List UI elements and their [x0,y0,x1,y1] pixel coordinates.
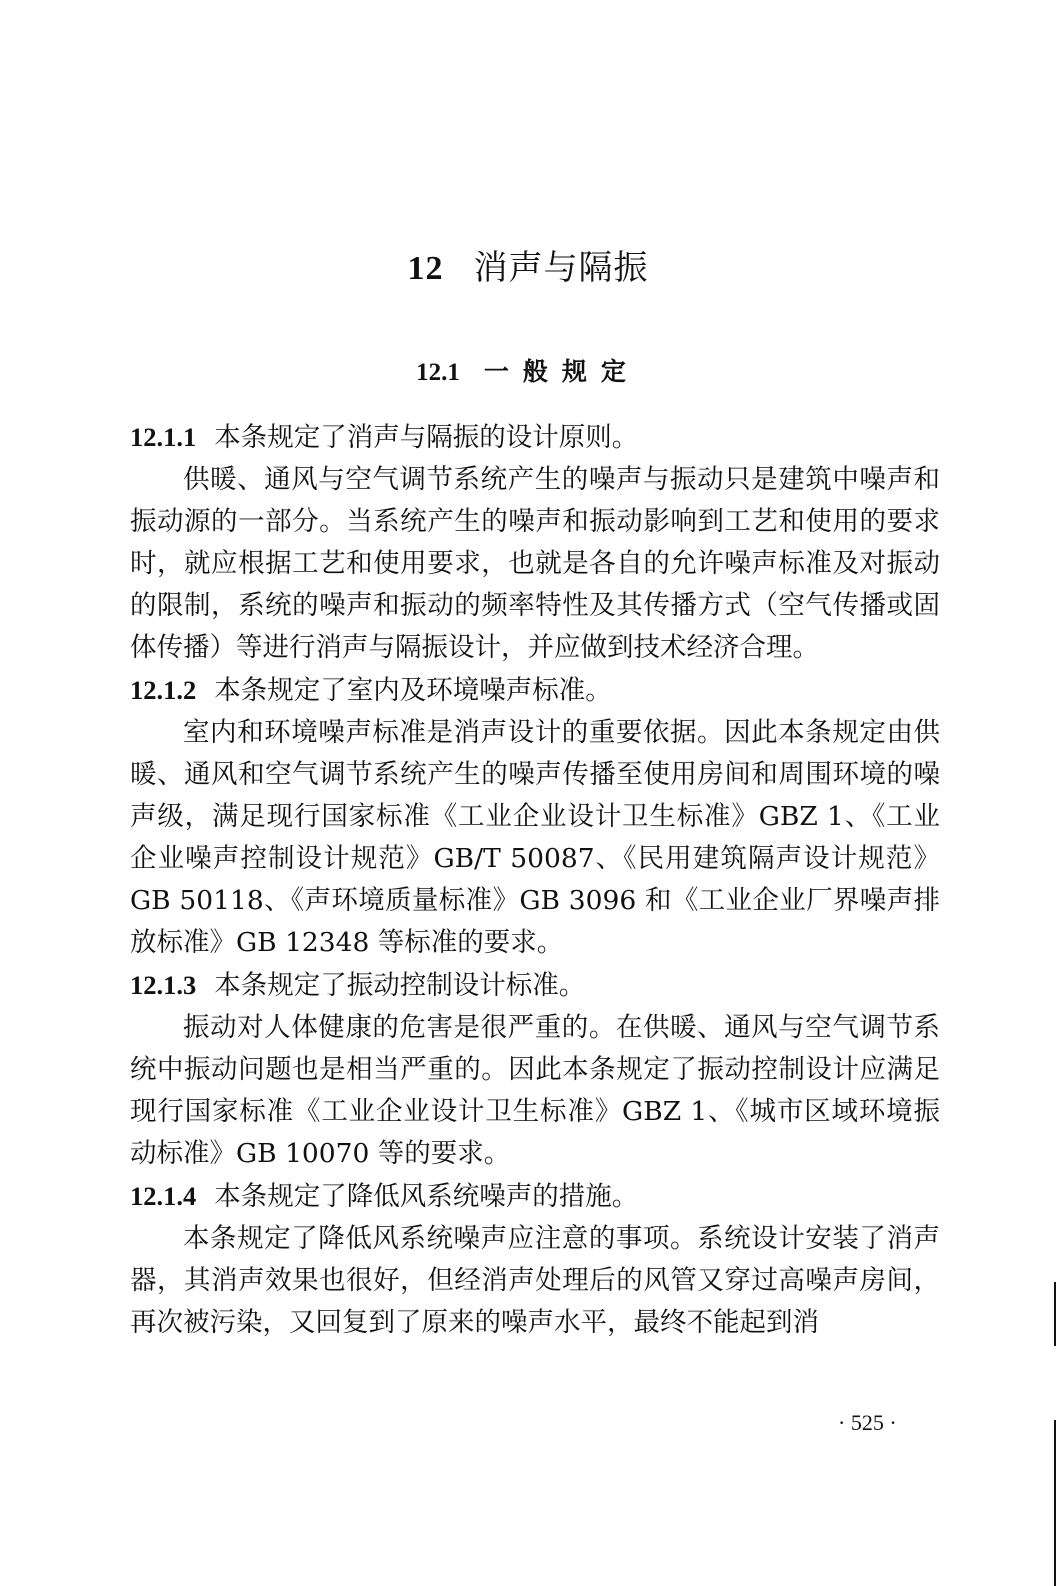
clause-heading-text: 本条规定了振动控制设计标准。 [214,970,585,1001]
clause-12-1-4: 12.1.4本条规定了降低风系统噪声的措施。 本条规定了降低风系统噪声应注意的事… [130,1175,940,1344]
clause-body: 室内和环境噪声标准是消声设计的重要依据。因此本条规定由供暖、通风和空气调节系统产… [130,712,940,964]
clause-body: 供暖、通风与空气调节系统产生的噪声与振动只是建筑中噪声和振动源的一部分。当系统产… [130,459,940,669]
chapter-number: 12 [408,250,444,287]
clause-heading-text: 本条规定了降低风系统噪声的措施。 [214,1181,638,1212]
page-number: · 525 · [838,1410,897,1436]
clause-heading: 12.1.4本条规定了降低风系统噪声的措施。 [130,1175,940,1218]
clause-number: 12.1.1 [130,422,196,452]
section-number: 12.1 [416,359,460,386]
chapter-title-text: 消声与隔振 [474,248,649,288]
clause-heading: 12.1.3本条规定了振动控制设计标准。 [130,964,940,1007]
clause-heading: 12.1.1本条规定了消声与隔振的设计原则。 [130,416,940,459]
clause-body: 振动对人体健康的危害是很严重的。在供暖、通风与空气调节系统中振动问题也是相当严重… [130,1007,940,1175]
clause-12-1-3: 12.1.3本条规定了振动控制设计标准。 振动对人体健康的危害是很严重的。在供暖… [130,964,940,1175]
clause-body: 本条规定了降低风系统噪声应注意的事项。系统设计安装了消声器，其消声效果也很好，但… [130,1218,940,1344]
clause-heading-text: 本条规定了消声与隔振的设计原则。 [214,422,638,453]
clause-12-1-2: 12.1.2本条规定了室内及环境噪声标准。 室内和环境噪声标准是消声设计的重要依… [130,669,940,964]
clause-12-1-1: 12.1.1本条规定了消声与隔振的设计原则。 供暖、通风与空气调节系统产生的噪声… [130,416,940,669]
clause-number: 12.1.2 [130,675,196,705]
clause-heading-text: 本条规定了室内及环境噪声标准。 [214,675,612,706]
section-title-text: 一般规定 [484,357,640,386]
clause-heading: 12.1.2本条规定了室内及环境噪声标准。 [130,669,940,712]
clause-number: 12.1.4 [130,1181,196,1211]
clause-number: 12.1.3 [130,970,196,1000]
document-body: 12.1.1本条规定了消声与隔振的设计原则。 供暖、通风与空气调节系统产生的噪声… [130,416,940,1344]
section-title: 12.1一般规定 [0,352,1056,388]
chapter-title: 12消声与隔振 [0,240,1056,289]
